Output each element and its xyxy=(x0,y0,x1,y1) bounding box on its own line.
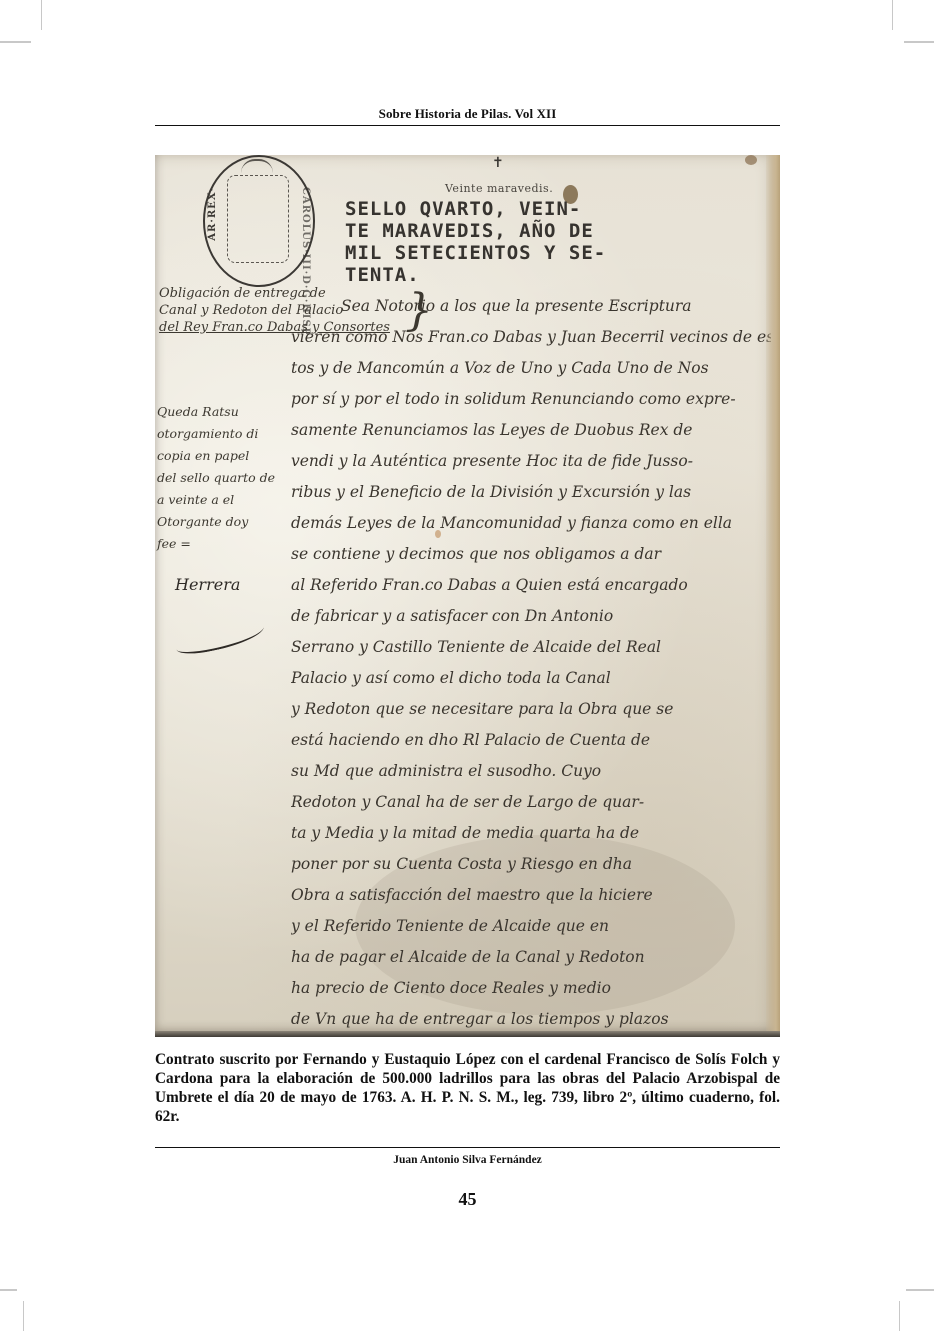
manuscript-line: tos y de Mancomún a Voz de Uno y Cada Un… xyxy=(291,353,771,384)
page-number: 45 xyxy=(155,1189,780,1210)
stamp-line: TENTA. xyxy=(345,264,685,286)
footer-rule xyxy=(155,1147,780,1148)
page-bottom-shadow xyxy=(155,1031,780,1037)
manuscript-line: al Referido Fran.co Dabas a Quien está e… xyxy=(291,570,771,601)
crop-mark-bottom-right-horizontal xyxy=(906,1289,934,1291)
crop-mark-top-left-horizontal xyxy=(0,41,31,43)
margin-note-notary: Queda Ratsu otorgamiento di copia en pap… xyxy=(157,401,287,555)
manuscript-line: Palacio y así como el dicho toda la Cana… xyxy=(291,663,771,694)
crop-mark-bottom-right-vertical xyxy=(899,1301,900,1331)
stamp-line: SELLO QVARTO, VEIN- xyxy=(345,198,685,220)
manuscript-line: está haciendo en dho Rl Palacio de Cuent… xyxy=(291,725,771,756)
manuscript-line: ha precio de Ciento doce Reales y medio xyxy=(291,973,771,1004)
manuscript-line: poner por su Cuenta Costa y Riesgo en dh… xyxy=(291,849,771,880)
notary-signature: Herrera xyxy=(175,575,285,655)
manuscript-line: ribus y el Beneficio de la División y Ex… xyxy=(291,477,771,508)
crop-mark-top-left-vertical xyxy=(41,0,42,30)
manuscript-line: vieren como Nos Fran.co Dabas y Juan Bec… xyxy=(291,322,771,353)
header-rule xyxy=(155,125,780,126)
ink-stain xyxy=(745,155,757,165)
margin-line: fee = xyxy=(157,533,287,555)
margin-line: a veinte a el xyxy=(157,489,287,511)
figure-caption: Contrato suscrito por Fernando y Eustaqu… xyxy=(155,1050,780,1126)
manuscript-line: y Redoton que se necesitare para la Obra… xyxy=(291,694,771,725)
crop-mark-top-right-horizontal xyxy=(904,41,934,43)
manuscript-line: vendi y la Auténtica presente Hoc ita de… xyxy=(291,446,771,477)
manuscript-line: samente Renunciamos las Leyes de Duobus … xyxy=(291,415,771,446)
manuscript-line: y el Referido Teniente de Alcaide que en xyxy=(291,911,771,942)
manuscript-line: ha de pagar el Alcaide de la Canal y Red… xyxy=(291,942,771,973)
manuscript-line: ta y Media y la mitad de media quarta ha… xyxy=(291,818,771,849)
margin-line: copia en papel xyxy=(157,445,287,467)
crop-mark-bottom-left-horizontal xyxy=(0,1289,17,1291)
margin-line: del sello quarto de xyxy=(157,467,287,489)
manuscript-photo: AR·REX· CAROLUS·III·D·G·HISP ✝ Veinte ma… xyxy=(155,155,780,1037)
manuscript-line: su Md que administra el susodho. Cuyo xyxy=(291,756,771,787)
stamp-value-text: Veinte maravedis. xyxy=(445,182,553,195)
margin-line: Otorgante doy xyxy=(157,511,287,533)
manuscript-line: por sí y por el todo in solidum Renuncia… xyxy=(291,384,771,415)
crop-mark-bottom-left-vertical xyxy=(23,1301,24,1331)
manuscript-line: Sea Notorio a los que la presente Escrip… xyxy=(341,291,771,322)
margin-line: otorgamiento di xyxy=(157,423,287,445)
stamp-line: TE MARAVEDIS, AÑO DE xyxy=(345,220,685,242)
manuscript-line: Redoton y Canal ha de ser de Largo de qu… xyxy=(291,787,771,818)
seal-legend-left: AR·REX· xyxy=(207,187,218,241)
page-edge-shadow xyxy=(766,155,780,1037)
manuscript-line: de fabricar y a satisfacer con Dn Antoni… xyxy=(291,601,771,632)
stamp-line: MIL SETECIENTOS Y SE- xyxy=(345,242,685,264)
coat-of-arms-icon xyxy=(227,175,289,263)
footer-author: Juan Antonio Silva Fernández xyxy=(155,1154,780,1166)
margin-line: Queda Ratsu xyxy=(157,401,287,423)
signature-text: Herrera xyxy=(175,575,240,594)
manuscript-line: Serrano y Castillo Teniente de Alcaide d… xyxy=(291,632,771,663)
manuscript-line: se contiene y decimos que nos obligamos … xyxy=(291,539,771,570)
cross-icon: ✝ xyxy=(492,155,504,172)
manuscript-line: demás Leyes de la Mancomunidad y fianza … xyxy=(291,508,771,539)
manuscript-body: Sea Notorio a los que la presente Escrip… xyxy=(291,291,771,1037)
running-header: Sobre Historia de Pilas. Vol XII xyxy=(155,106,780,122)
signature-flourish xyxy=(174,618,267,658)
manuscript-line: Obra a satisfacción del maestro que la h… xyxy=(291,880,771,911)
crop-mark-top-right-vertical xyxy=(892,0,893,30)
stamp-printed-text: SELLO QVARTO, VEIN- TE MARAVEDIS, AÑO DE… xyxy=(345,198,685,286)
royal-seal-stamp: AR·REX· CAROLUS·III·D·G·HISP xyxy=(203,155,315,287)
